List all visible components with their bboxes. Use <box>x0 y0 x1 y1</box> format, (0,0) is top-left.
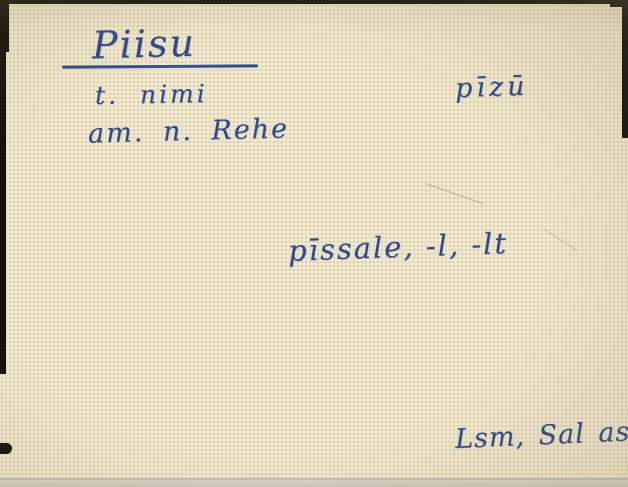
pronunciation: pīzū <box>454 71 529 105</box>
source-attribution: Lsm, Sal as. <box>454 416 628 455</box>
scratch-mark <box>425 183 483 204</box>
inflected-forms: pīssale, -l, -lt <box>287 226 508 268</box>
scan-edge-left <box>0 0 6 374</box>
scan-edge-left-mark <box>0 443 12 454</box>
scanned-index-card: Piisu t. nimi am. n. Rehe pīzū pīssale, … <box>0 0 628 487</box>
headword-underline <box>62 64 258 68</box>
note-official-name: am. n. Rehe <box>88 113 290 149</box>
headword: Piisu <box>91 21 196 68</box>
card-bottom-edge <box>0 478 628 487</box>
note-type-label: t. nimi <box>95 79 208 110</box>
scan-edge-top <box>0 0 628 4</box>
scratch-mark <box>543 228 578 251</box>
scan-edge-right <box>622 0 628 138</box>
